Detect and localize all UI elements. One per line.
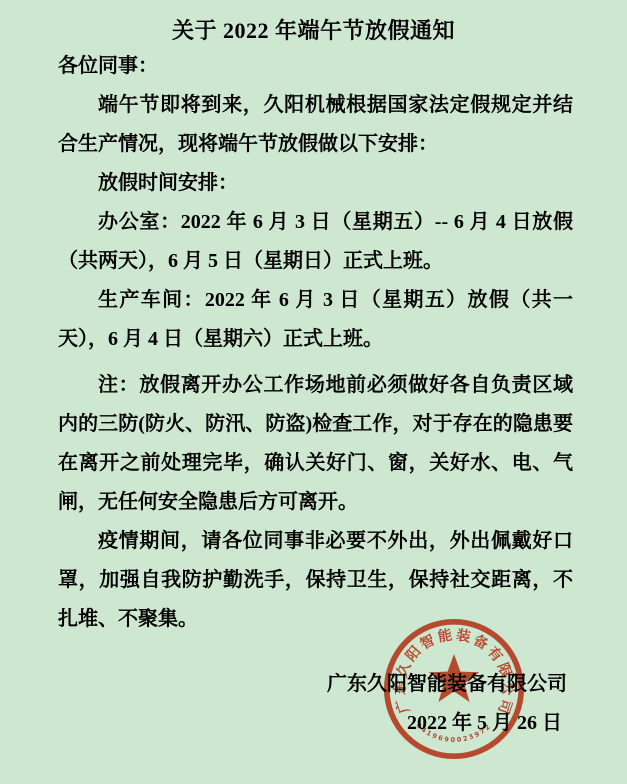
paragraph-workshop-schedule: 生产车间：2022 年 6 月 3 日（星期五）放假（共一天），6 月 4 日（… bbox=[58, 281, 573, 359]
paragraph-safety-note: 注：放假离开办公工作场地前必须做好各自负责区域内的三防(防火、防汛、防盗)检查工… bbox=[58, 366, 573, 522]
signature-block: 广东久阳智能装备有限公司 2022 年 5 月 26 日 bbox=[58, 665, 573, 743]
notice-body: 各位同事： 端午节即将到来，久阳机械根据国家法定假规定并结合生产情况，现将端午节… bbox=[58, 47, 573, 743]
notice-title: 关于 2022 年端午节放假通知 bbox=[0, 0, 627, 47]
paragraph-intro: 端午节即将到来，久阳机械根据国家法定假规定并结合生产情况，现将端午节放假做以下安… bbox=[58, 86, 573, 164]
paragraph-office-schedule: 办公室：2022 年 6 月 3 日（星期五）-- 6 月 4 日放假（共两天）… bbox=[58, 203, 573, 281]
greeting: 各位同事： bbox=[58, 47, 573, 86]
paragraph-pandemic-note: 疫情期间，请各位同事非必要不外出，外出佩戴好口罩，加强自我防护勤洗手，保持卫生，… bbox=[58, 522, 573, 639]
signature-date: 2022 年 5 月 26 日 bbox=[58, 704, 562, 743]
signature-company: 广东久阳智能装备有限公司 bbox=[58, 665, 567, 704]
paragraph-schedule-heading: 放假时间安排： bbox=[58, 164, 573, 203]
notice-document: 关于 2022 年端午节放假通知 各位同事： 端午节即将到来，久阳机械根据国家法… bbox=[0, 0, 627, 784]
